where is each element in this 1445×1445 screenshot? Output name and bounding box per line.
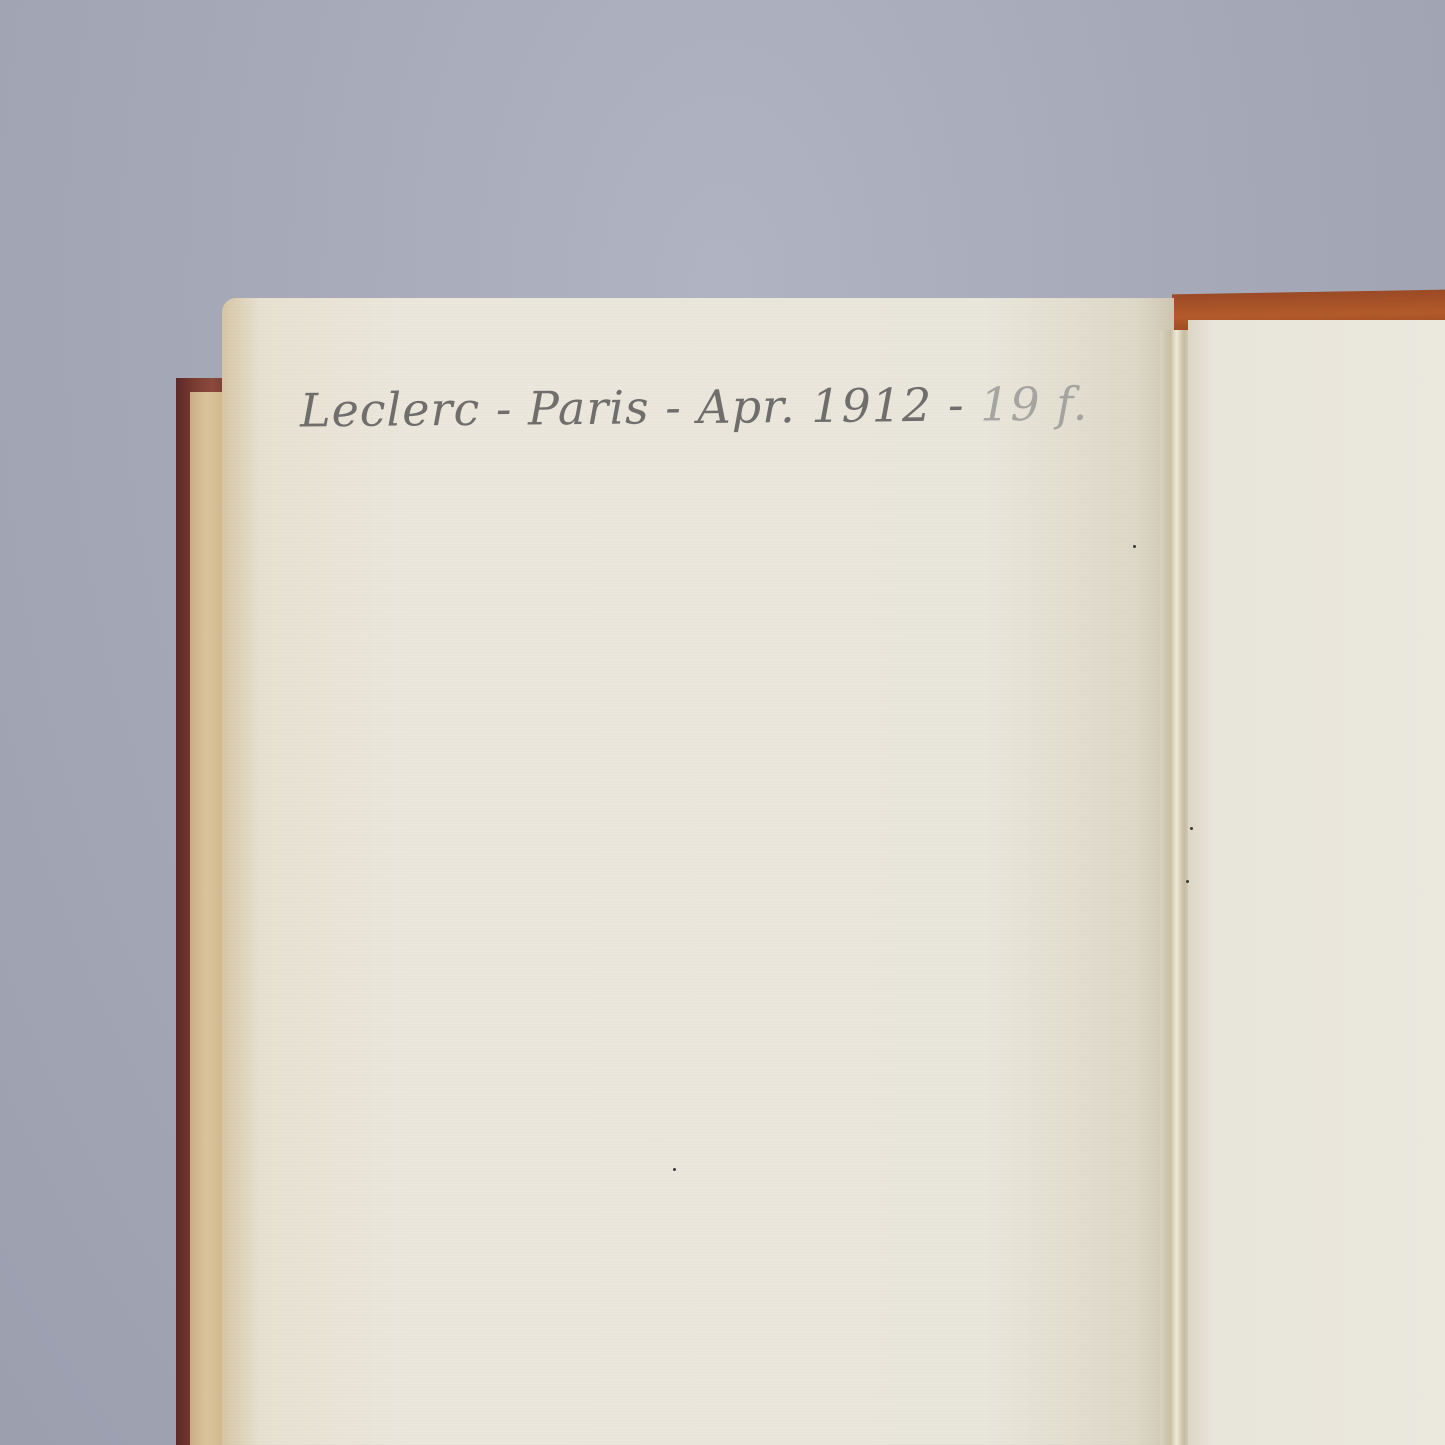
- inscription-main: Leclerc - Paris - Apr. 1912 -: [300, 378, 965, 438]
- paper-speck: [1133, 545, 1136, 548]
- flyleaf-left-page: [222, 298, 1174, 1445]
- paper-speck: [673, 1168, 676, 1171]
- paper-speck: [1186, 880, 1189, 883]
- right-page: [1188, 320, 1445, 1445]
- book-gutter: [1160, 330, 1190, 1445]
- paper-speck: [1190, 827, 1193, 830]
- pencil-inscription: Leclerc - Paris - Apr. 1912 - 19 f.: [300, 377, 1089, 438]
- inscription-price: 19 f.: [980, 377, 1089, 432]
